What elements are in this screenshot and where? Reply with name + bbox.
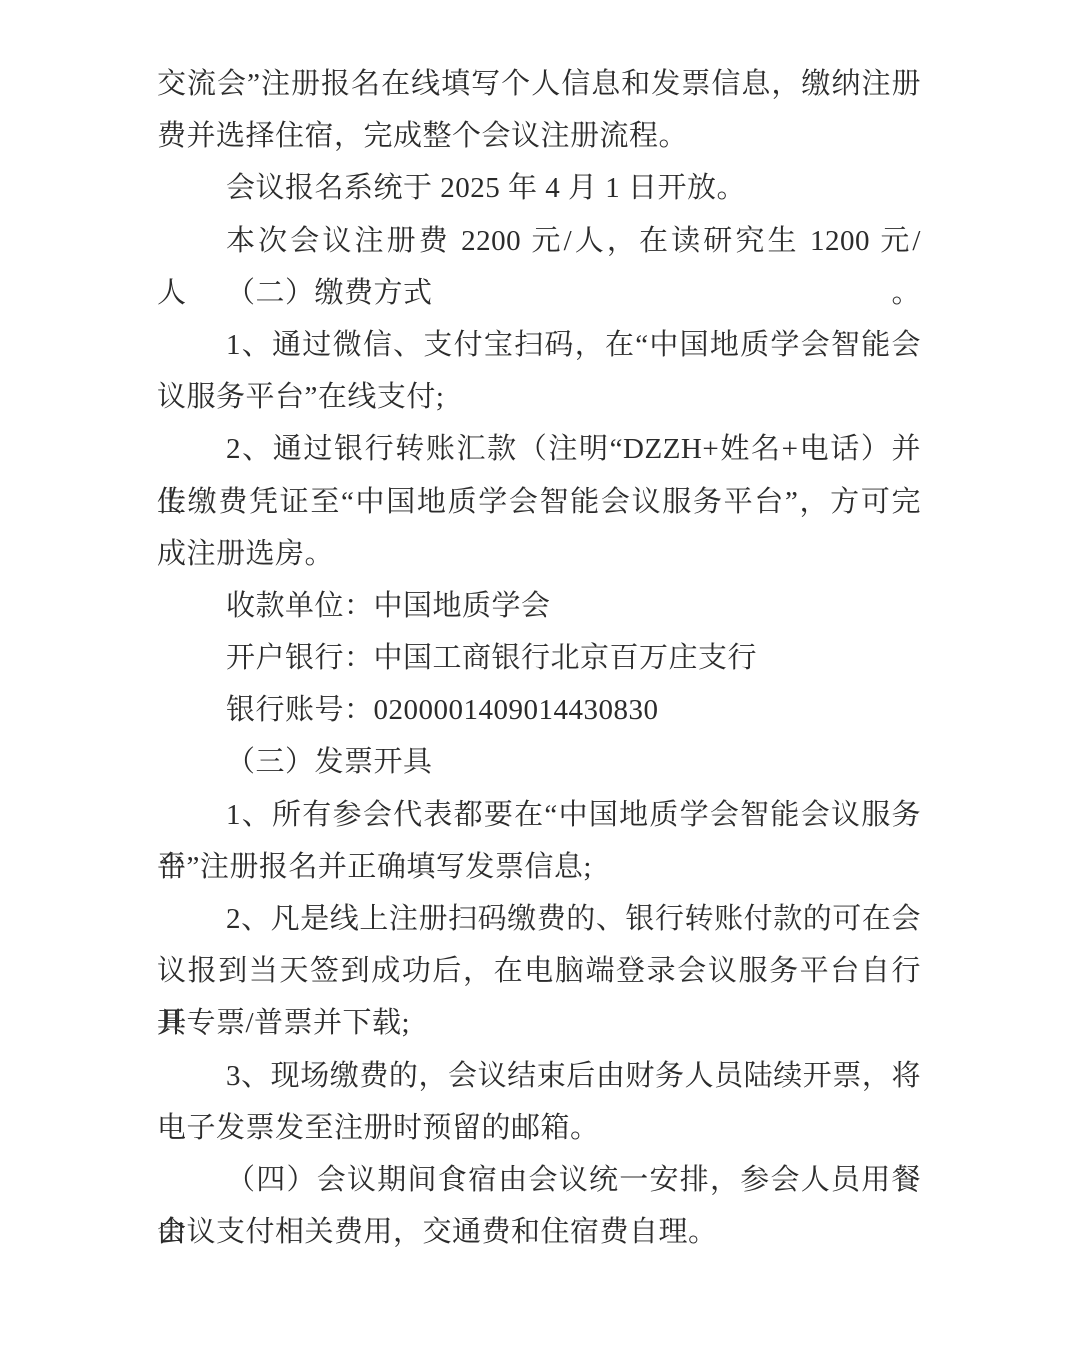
text-line-23: 会议支付相关费用，交通费和住宿费自理。 <box>157 1206 921 1258</box>
text-line-9: 传缴费凭证至“中国地质学会智能会议服务平台”，方可完 <box>157 476 921 528</box>
text-line-6: 1、通过微信、支付宝扫码，在“中国地质学会智能会 <box>157 319 921 371</box>
text-line-15: 1、所有参会代表都要在“中国地质学会智能会议服务平 <box>157 789 921 841</box>
text-line-17: 2、凡是线上注册扫码缴费的、银行转账付款的可在会 <box>157 893 921 945</box>
text-line-1: 交流会”注册报名在线填写个人信息和发票信息，缴纳注册 <box>157 58 921 110</box>
text-line-3: 会议报名系统于 2025 年 4 月 1 日开放。 <box>157 162 921 214</box>
text-line-18: 议报到当天签到成功后，在电脑端登录会议服务平台自行开 <box>157 945 921 997</box>
text-line-14: （三）发票开具 <box>157 736 921 788</box>
text-line-21: 电子发票发至注册时预留的邮箱。 <box>157 1102 921 1154</box>
text-line-10: 成注册选房。 <box>157 528 921 580</box>
document-page: 交流会”注册报名在线填写个人信息和发票信息，缴纳注册费并选择住宿，完成整个会议注… <box>0 0 1077 1364</box>
text-line-19: 具专票/普票并下载; <box>157 997 921 1049</box>
text-line-2: 费并选择住宿，完成整个会议注册流程。 <box>157 110 921 162</box>
text-line-7: 议服务平台”在线支付; <box>157 371 921 423</box>
text-line-20: 3、现场缴费的，会议结束后由财务人员陆续开票，将 <box>157 1050 921 1102</box>
text-line-11: 收款单位：中国地质学会 <box>157 580 921 632</box>
text-line-4: 本次会议注册费 2200 元/人，在读研究生 1200 元/人。 <box>157 215 921 267</box>
document-text-block: 交流会”注册报名在线填写个人信息和发票信息，缴纳注册费并选择住宿，完成整个会议注… <box>157 58 921 1258</box>
text-line-13: 银行账号：0200001409014430830 <box>157 684 921 736</box>
text-line-22: （四）会议期间食宿由会议统一安排，参会人员用餐由 <box>157 1154 921 1206</box>
text-line-16: 台”注册报名并正确填写发票信息; <box>157 841 921 893</box>
text-line-8: 2、通过银行转账汇款（注明“DZZH+姓名+电话）并上 <box>157 423 921 475</box>
screenshot-root: { "page": { "background_color": "#ffffff… <box>0 0 1077 1364</box>
text-line-12: 开户银行：中国工商银行北京百万庄支行 <box>157 632 921 684</box>
